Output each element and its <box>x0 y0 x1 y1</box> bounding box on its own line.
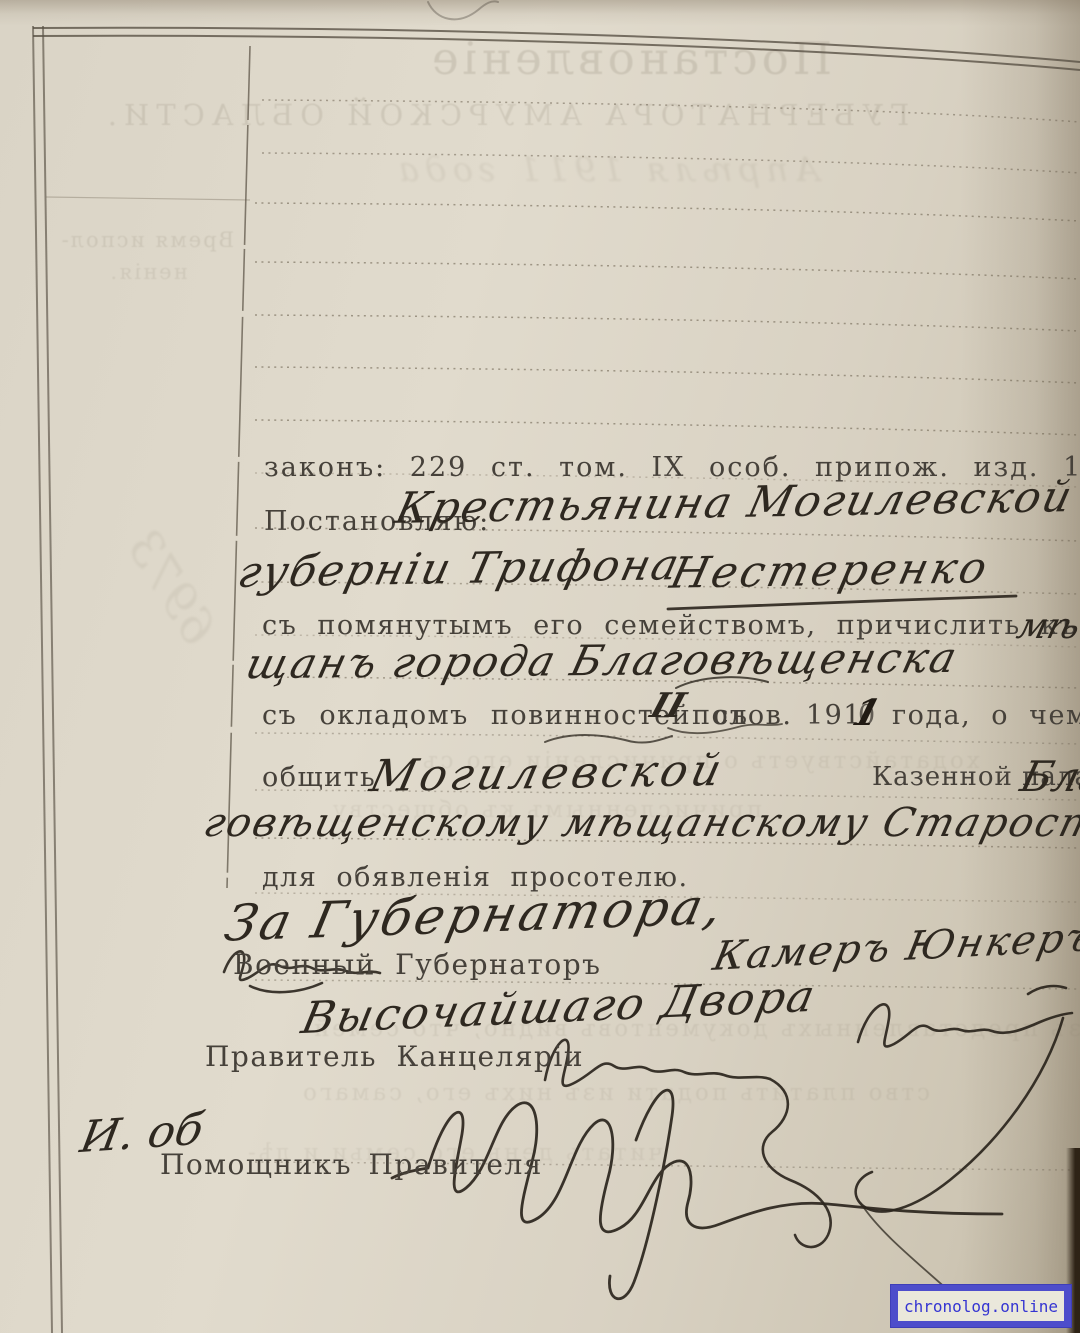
watermark-text: chronolog.online <box>904 1297 1058 1316</box>
wave-over-mogilevskoy <box>545 735 672 743</box>
left-double-rule <box>33 26 62 1333</box>
watermark-badge: chronolog.online <box>890 1284 1072 1328</box>
printed-obshchit: общить <box>262 762 376 793</box>
assistant-head-signature <box>392 1090 1002 1299</box>
handwritten-mogilevskoy: Могилевской <box>365 745 730 802</box>
printed-military-governor: Военный Губернаторъ <box>233 948 601 981</box>
handwritten-shchan-goroda: щанъ города Благовѣщенска <box>241 633 963 688</box>
watermark-inner: chronolog.online <box>898 1291 1064 1321</box>
top-ink-curl <box>428 1 498 19</box>
bleedthrough-margin-label-2: ненія. <box>62 260 234 284</box>
handwritten-year-one-overwrite: 1 <box>848 692 885 734</box>
margin-header-rule <box>46 197 250 200</box>
printed-oklad-line-end: года, о чемъ со- <box>892 700 1080 731</box>
bleedthrough-header-date: Апрѣля 1911 года <box>400 150 820 190</box>
handwritten-me-syllable: мѣ <box>1013 606 1080 647</box>
bleedthrough-fragment-4: ство платить подати изъ нихъ его, самаго <box>300 1080 930 1106</box>
bleedthrough-header-title: Постановленіе <box>380 32 880 85</box>
bleedthrough-margin-number: 6973 <box>115 521 227 654</box>
margin-separator-rule <box>227 46 250 888</box>
document-scan: Постановленіе ГУБЕРНАТОРА АМУРСКОЙ ОБЛАС… <box>0 0 1080 1333</box>
printed-chancellery-head-title: Правитель Канцеляріи <box>205 1040 584 1073</box>
handwritten-krestyanina: Крестьянина Могилевской <box>391 472 1079 534</box>
printed-polov: полов. <box>692 700 792 731</box>
bleedthrough-header-subtitle: ГУБЕРНАТОРА АМУРСКОЙ ОБЛАСТИ. <box>52 98 958 132</box>
nesterenko-underline <box>668 596 1016 609</box>
printed-assistant-head-title: Помощникъ Правителя <box>160 1148 543 1181</box>
handwritten-bla: Бла <box>1016 752 1080 801</box>
handwritten-gubernii-trifona: губерніи Трифона <box>233 540 685 598</box>
handwritten-kamer-yunker: Камеръ Юнкеръ <box>709 914 1080 980</box>
handwritten-nesterenko: Нестеренко <box>666 543 995 599</box>
bleedthrough-margin-label-1: Время испол- <box>62 228 234 252</box>
handwritten-i-ob: И. об <box>77 1104 208 1163</box>
handwritten-blagoveshchensk-line2: говѣщенскому мѣщанскому Старостѣ <box>199 800 1080 846</box>
